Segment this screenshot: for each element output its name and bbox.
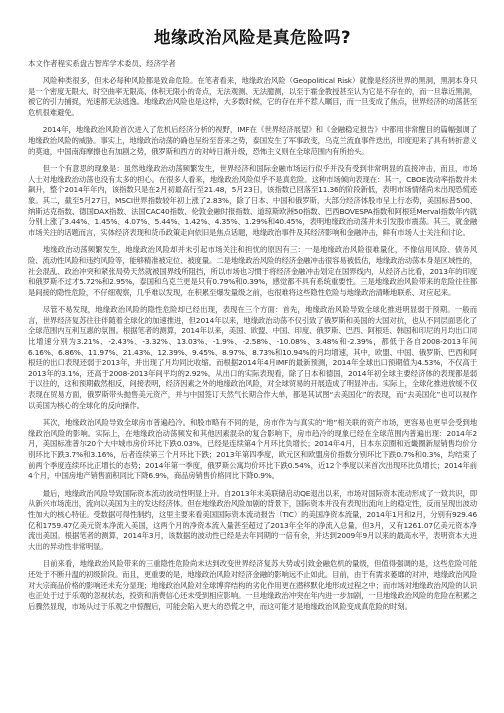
paragraph-7: 最后，地缘政治风险导致国际资本流动波动性明显上升。自2013年末美联储启动QE退… <box>28 489 477 553</box>
article-page: 地缘政治风险是真危险吗? 本文作者程实系盘古智库学术委员、经济学者 风险种类很多… <box>0 0 504 612</box>
article-byline: 本文作者程实系盘古智库学术委员、经济学者 <box>28 59 477 69</box>
paragraph-3: 但一个有意思的现象是：虽然地缘政治动荡频繁发生，世界经济和国际金融市场运行似乎并… <box>28 164 477 238</box>
paragraph-5: 尽管不易发现，地缘政治风险的隐性危险却已经出现，表现在三个方面：首先，地缘政治风… <box>28 305 477 411</box>
paragraph-6: 其次，地缘政治风险导致全球房市普遍趋冷。和股市略有不同的是，房市作为与真实的“地… <box>28 418 477 482</box>
article-title: 地缘政治风险是真危险吗? <box>28 0 477 50</box>
paragraph-8: 目前来看，地缘政治风险带来的三重隐性危险尚未达到改变世界经济复苏大势或引致金融危… <box>28 559 477 612</box>
paragraph-4: 地缘政治动荡频繁发生，地缘政治风险却并未引起市场关注和担忧的原因有三：一是地缘政… <box>28 245 477 298</box>
paragraph-2: 2014年，地缘政治风险首次进入了危机后经济分析的视野，IMF在《世界经济展望》… <box>28 125 477 157</box>
paragraph-1: 风险种类很多，但未必每种风险都是致命危险。在笔者看来，地缘政治风险（Geopol… <box>28 76 477 118</box>
